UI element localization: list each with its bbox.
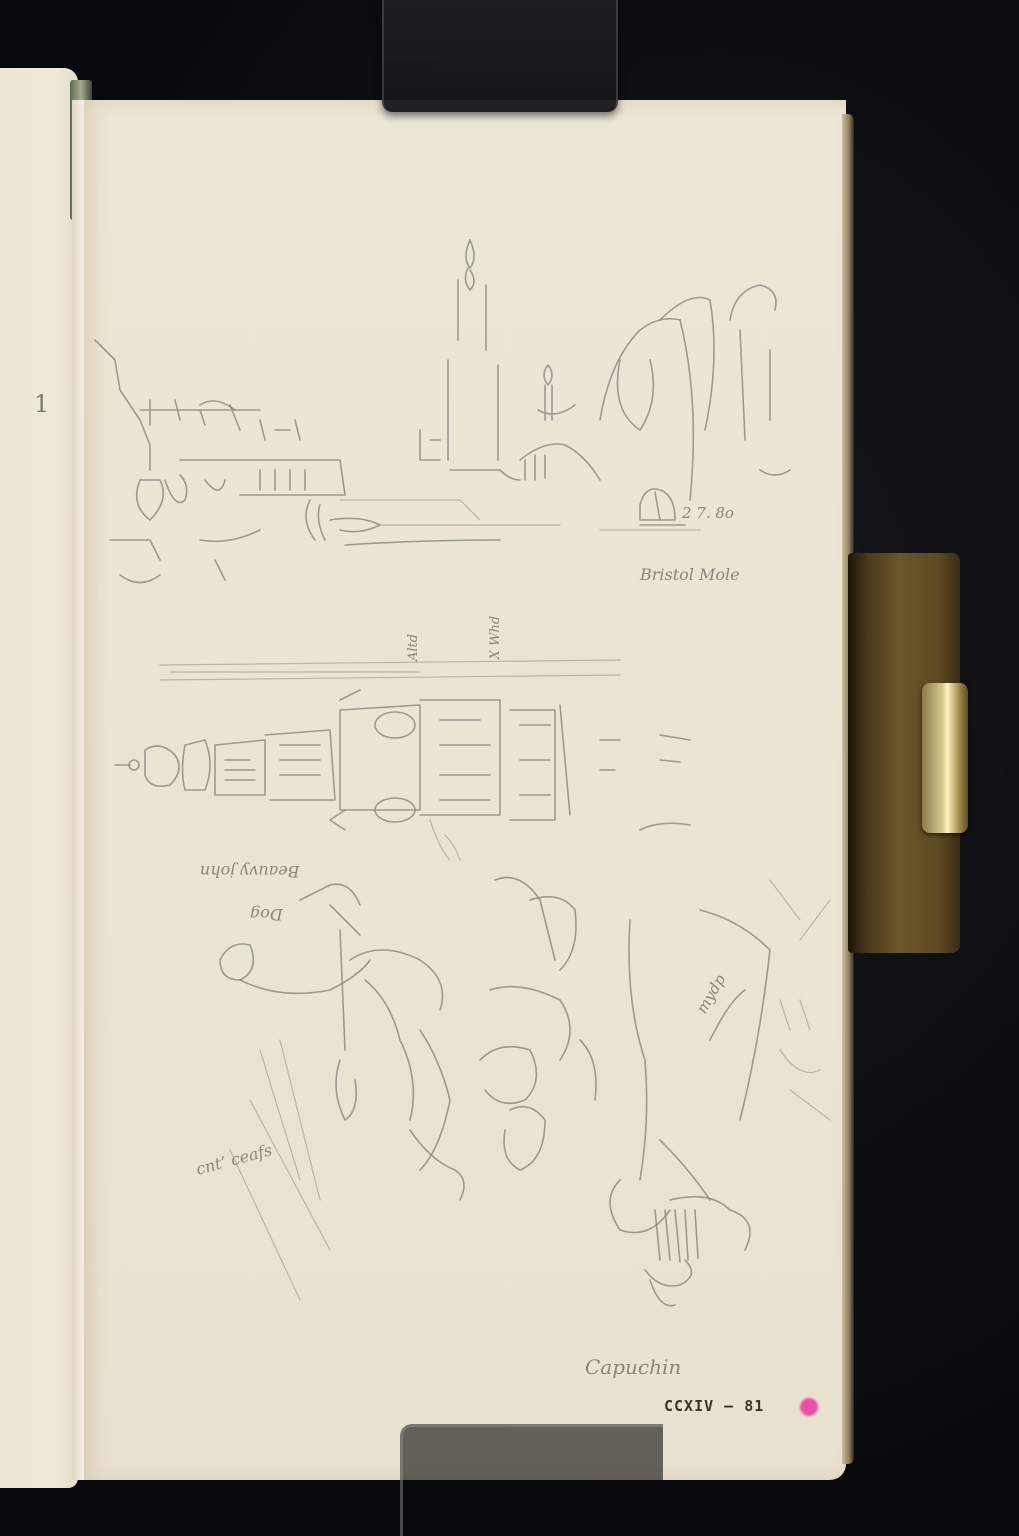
annotation-tower-a: Altd [406,634,421,661]
acrylic-holder-top [382,0,618,112]
pencil-sketches [0,0,1019,1536]
annotation-date: 2 7. 8o [682,504,734,522]
tower-sketch [115,660,690,860]
acrylic-holder-bottom [400,1424,663,1536]
figures-sketch [220,878,830,1306]
harbour-sketch [95,240,790,583]
annotation-upside-b: Dog [250,905,283,924]
annotation-bottom-scribble: Capuchin [585,1355,681,1379]
annotation-upside-a: Beauvy john [200,862,299,881]
pink-ink-mark [800,1398,818,1416]
annotation-tower-b: X Whd [488,616,503,659]
annotation-place: Bristol Mole [640,565,740,584]
catalog-stamp: CCXIV — 81 [664,1397,764,1415]
